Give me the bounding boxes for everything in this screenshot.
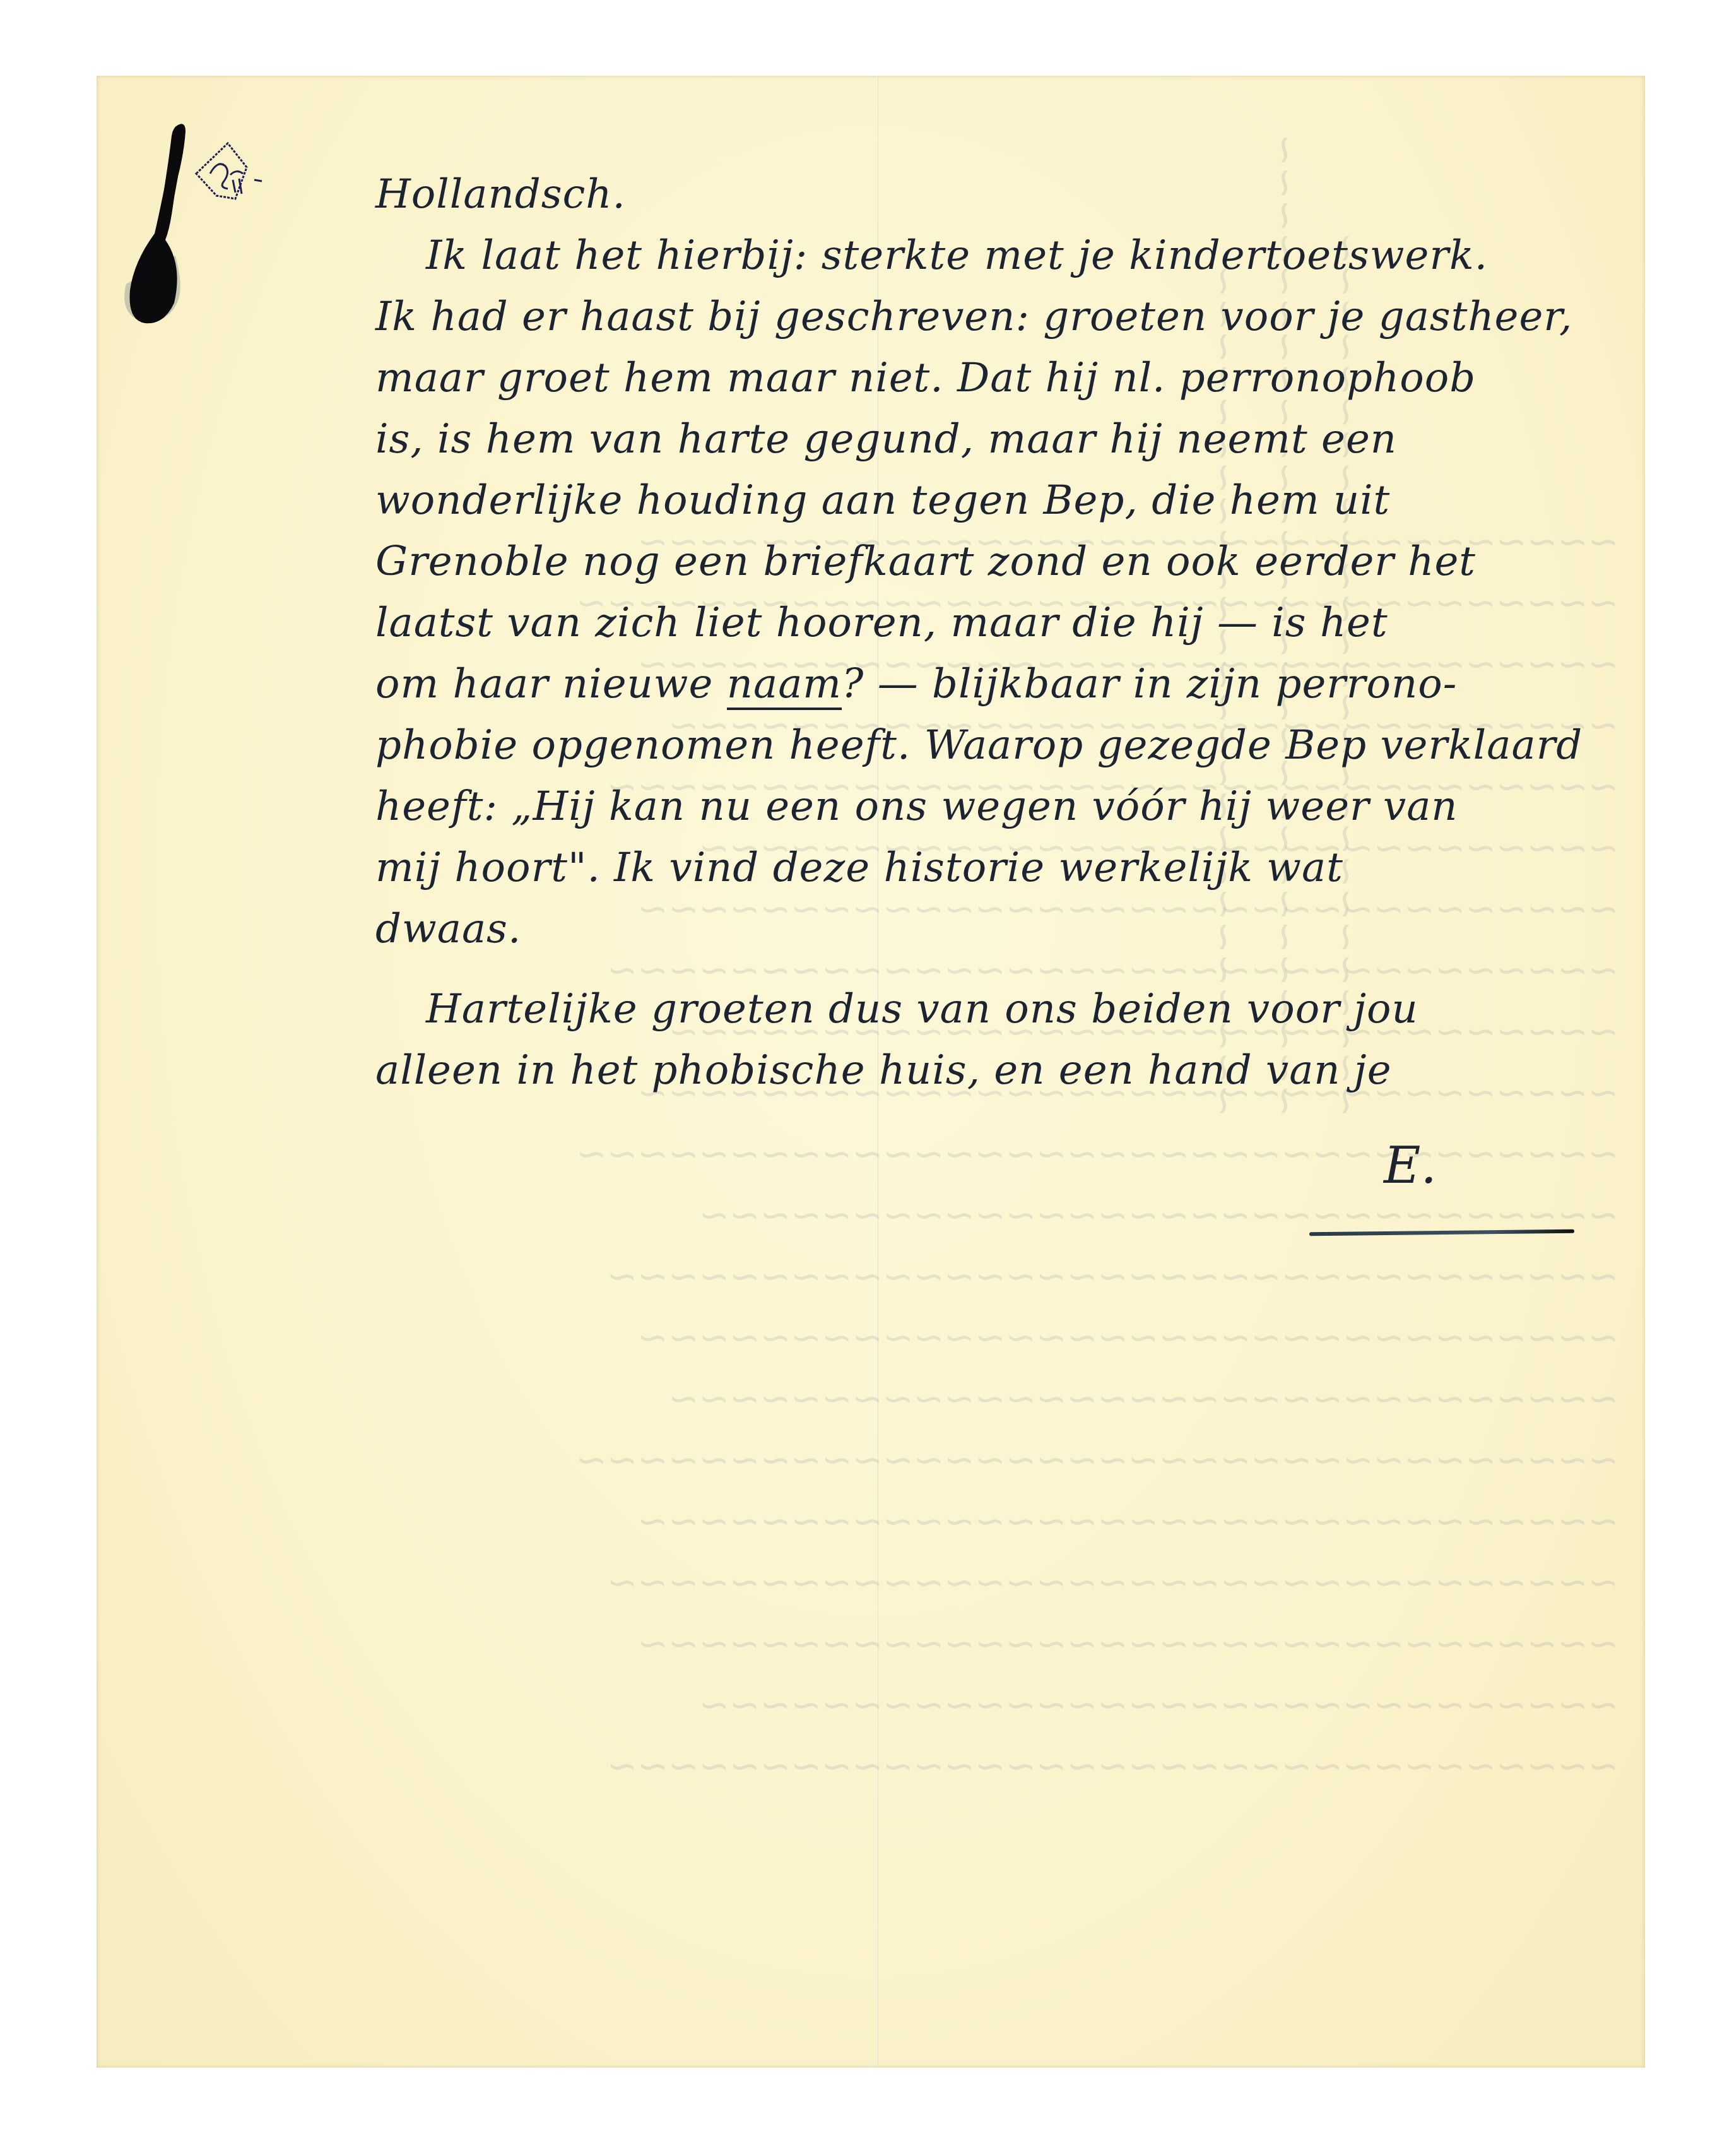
- letter-line: Ik laat het hierbij: sterkte met je kind…: [375, 225, 1650, 287]
- letter-line: dwaas.: [375, 899, 1650, 960]
- letter-line: Hartelijke groeten dus van ons beiden vo…: [375, 979, 1650, 1040]
- letter-line: is, is hem van harte gegund, maar hij ne…: [375, 409, 1650, 470]
- letter-line: alleen in het phobische huis, en een han…: [375, 1040, 1650, 1101]
- letter-line: heeft: „Hij kan nu een ons wegen vóór hi…: [375, 776, 1650, 838]
- letter-line: Grenoble nog een briefkaart zond en ook …: [375, 531, 1650, 593]
- letter-line: laatst van zich liet hooren, maar die hi…: [375, 593, 1650, 654]
- scan-smudge: [19, 1799, 88, 1824]
- letter-line: phobie opgenomen heeft. Waarop gezegde B…: [375, 715, 1650, 776]
- underlined-word: naam: [727, 661, 842, 710]
- letter-line: maar groet hem maar niet. Dat hij nl. pe…: [375, 348, 1650, 409]
- letter-line: wonderlijke houding aan tegen Bep, die h…: [375, 470, 1650, 531]
- stamp-icon: [191, 136, 273, 211]
- letter-text: om haar nieuwe: [375, 661, 713, 708]
- signature: E.: [1384, 1136, 1437, 1195]
- letter-line: om haar nieuwe naam? — blijkbaar in zijn…: [375, 654, 1650, 715]
- letter-text: ? — blijkbaar in zijn perrono-: [842, 661, 1457, 708]
- letter-line: mij hoort". Ik vind deze historie werkel…: [375, 838, 1650, 899]
- ink-blot-icon: [120, 120, 196, 328]
- letter-line: Ik had er haast bij geschreven: groeten …: [375, 287, 1650, 348]
- letter-heading: Hollandsch.: [375, 164, 1650, 225]
- signature-underline: [1309, 1229, 1574, 1236]
- letter-body: Hollandsch. Ik laat het hierbij: sterkte…: [375, 164, 1650, 1101]
- letter-paper: ~~~~~~~~~~~~~~~~~~~~~~~~~~~~~~~~ ~~~~~~~…: [97, 76, 1645, 2068]
